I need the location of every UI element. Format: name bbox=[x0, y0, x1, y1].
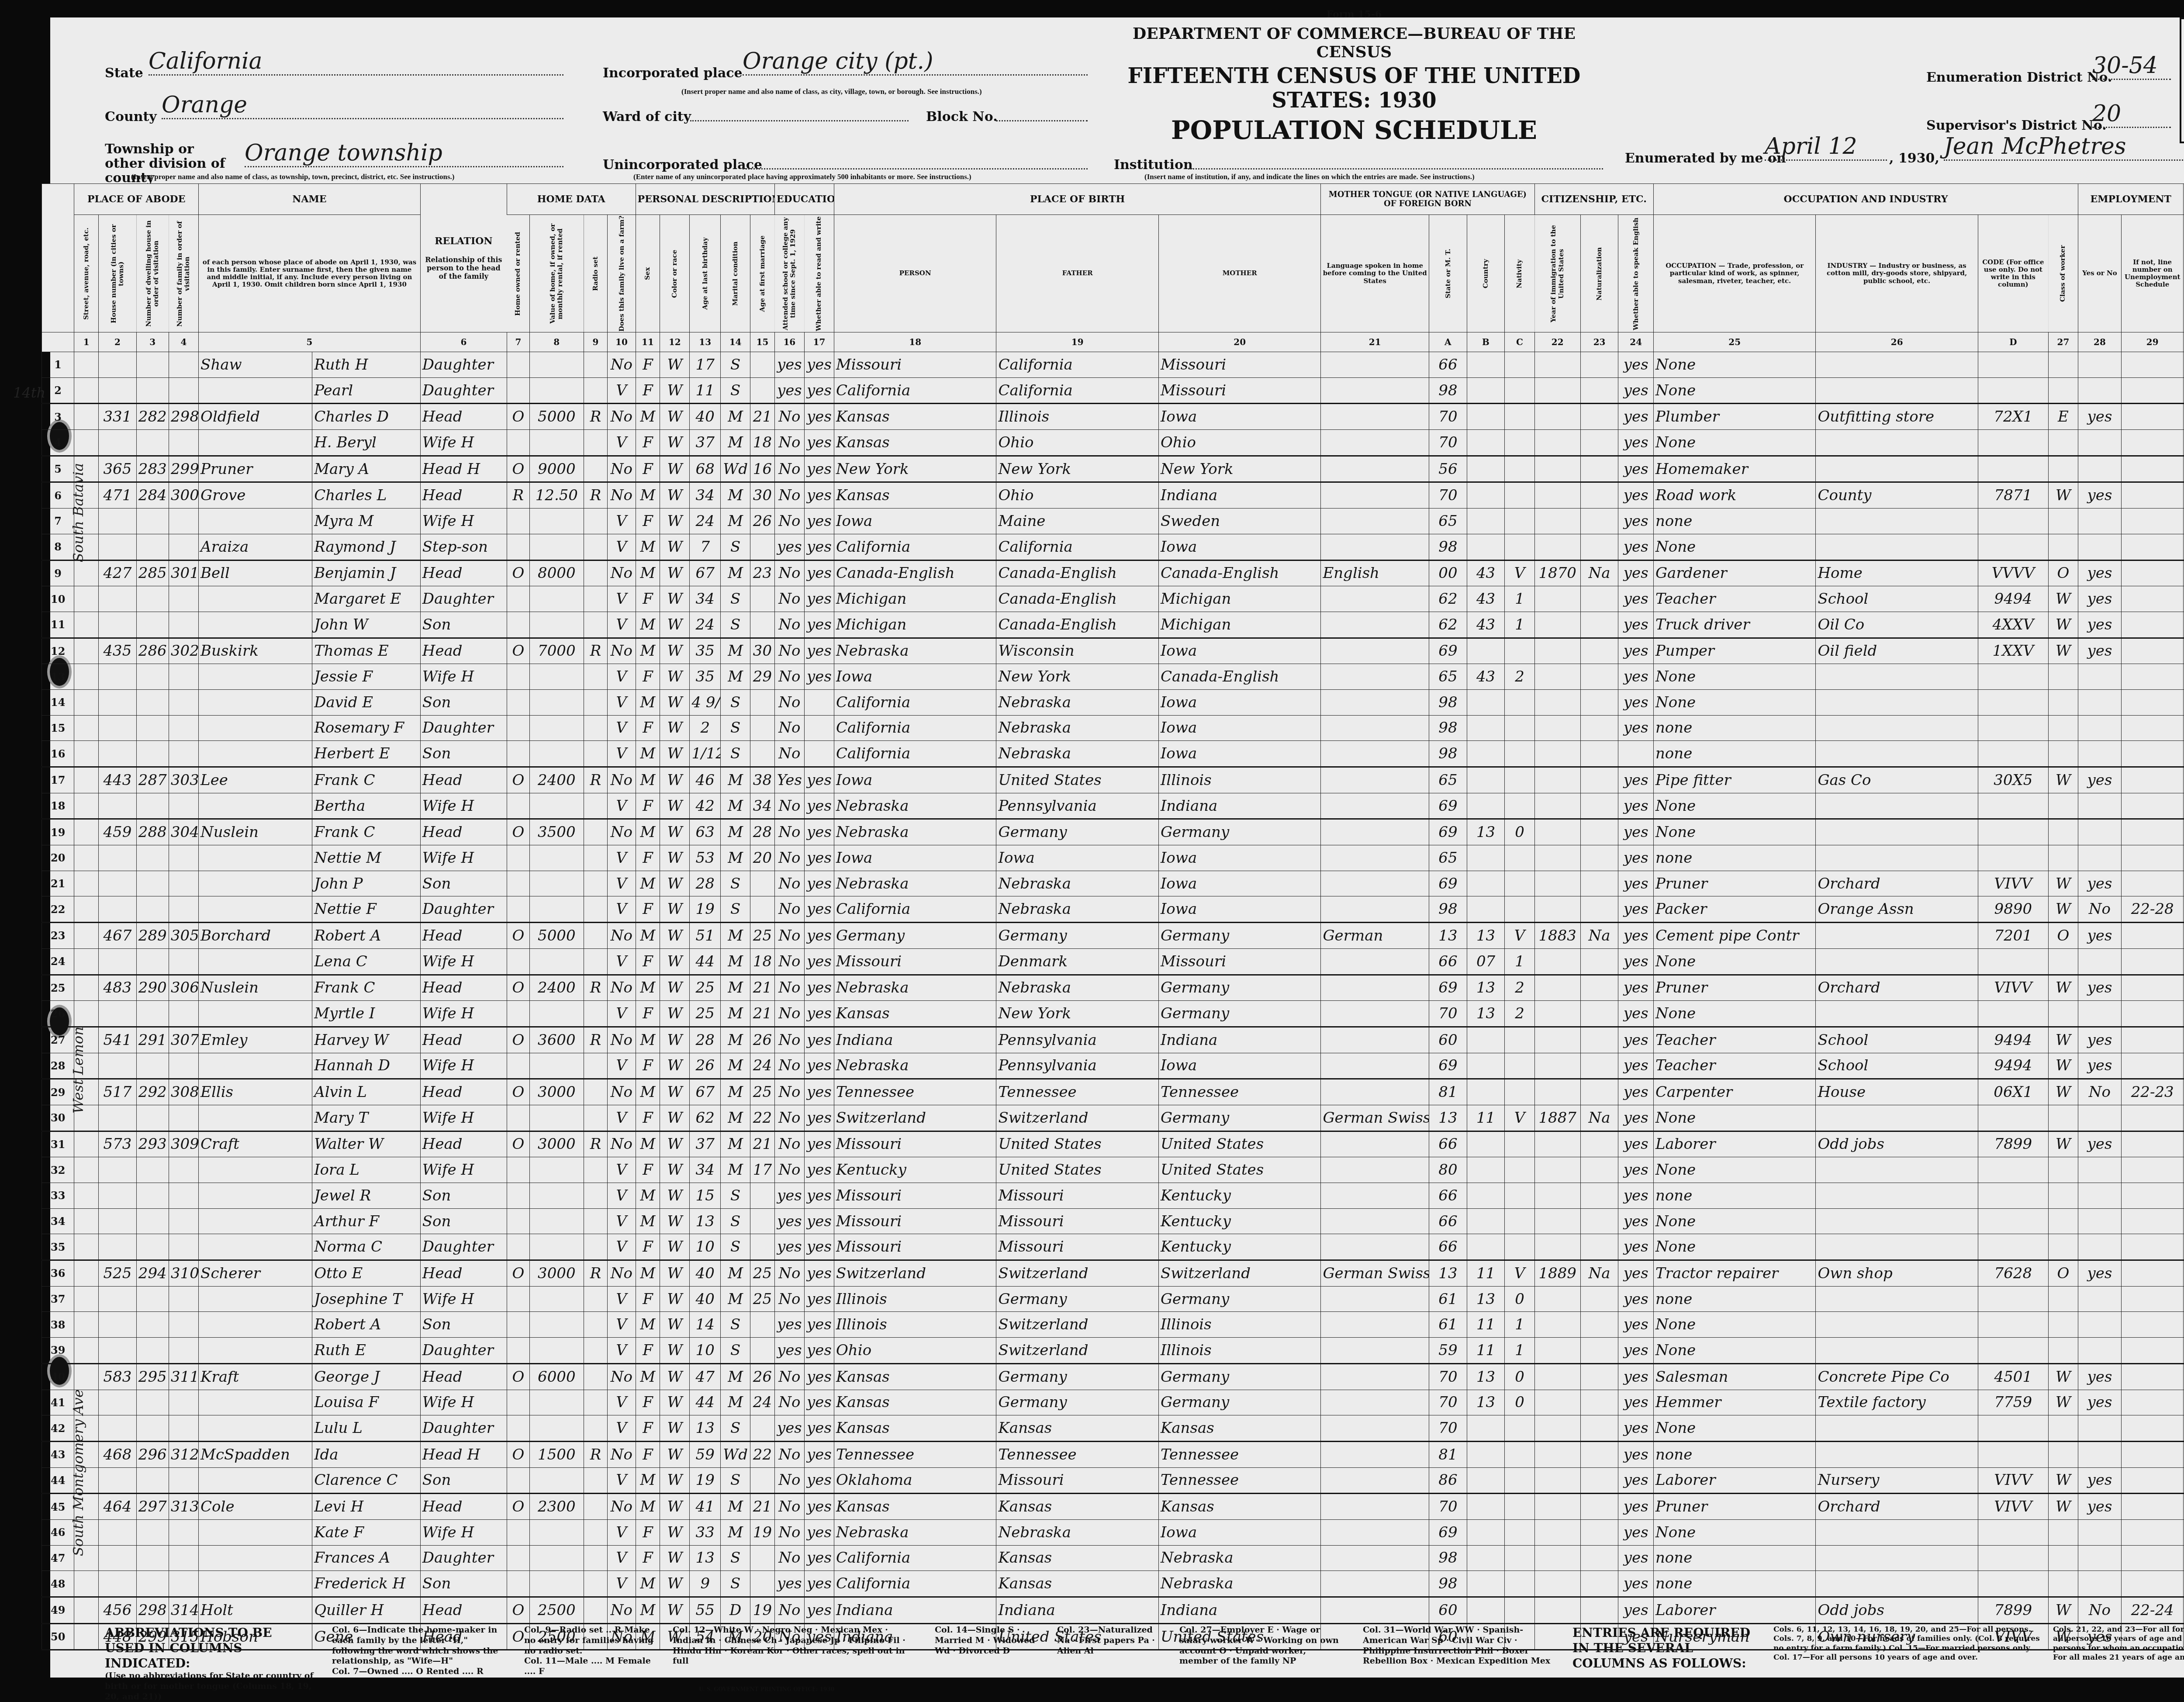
surname-cell bbox=[199, 896, 312, 923]
code-nativity-cell bbox=[1505, 793, 1534, 819]
relation-desc: Relationship of this person to the head … bbox=[422, 256, 505, 280]
sex-cell: F bbox=[636, 793, 660, 819]
given-name-cell: Frederick H bbox=[312, 1571, 421, 1597]
head-radio: Radio set bbox=[584, 215, 607, 332]
line-number: 7 bbox=[42, 509, 74, 534]
surname-cell bbox=[199, 1286, 312, 1312]
home-value-cell: 9000 bbox=[529, 456, 584, 482]
race-cell: W bbox=[660, 1494, 690, 1520]
at-work-cell bbox=[2078, 352, 2121, 378]
family-number-cell: 306 bbox=[169, 975, 198, 1001]
marital-cell: M bbox=[721, 1027, 750, 1053]
radio-cell bbox=[584, 1234, 607, 1260]
mother-birthplace-cell: Germany bbox=[1158, 1105, 1320, 1131]
home-value-cell: 3600 bbox=[529, 1027, 584, 1053]
farm-cell: V bbox=[608, 793, 636, 819]
birthplace-cell: Michigan bbox=[834, 586, 996, 612]
code-country-cell bbox=[1467, 534, 1505, 560]
school-cell: No bbox=[774, 871, 804, 896]
race-cell: W bbox=[660, 560, 690, 586]
school-cell: No bbox=[774, 1157, 804, 1183]
age-cell: 25 bbox=[690, 1001, 721, 1027]
naturalization-cell bbox=[1580, 1519, 1618, 1545]
class-of-worker-cell: W bbox=[2048, 1053, 2078, 1079]
unemployment-line-cell bbox=[2122, 377, 2184, 404]
column-number: 1 bbox=[74, 332, 99, 352]
code-nativity-cell bbox=[1505, 1183, 1534, 1209]
house-number-cell bbox=[99, 1208, 137, 1234]
home-value-cell: 3500 bbox=[529, 819, 584, 845]
column-number: 9 bbox=[584, 332, 607, 352]
table-row: 49456298314HoltQuiller HHeadO2500NoMW55D… bbox=[42, 1597, 2184, 1624]
occupation-cell: Packer bbox=[1653, 896, 1815, 923]
dwelling-number-cell bbox=[136, 509, 169, 534]
marital-cell: S bbox=[721, 1183, 750, 1209]
code-country-cell bbox=[1467, 1441, 1505, 1467]
marital-cell: M bbox=[721, 1001, 750, 1027]
sex-cell: F bbox=[636, 715, 660, 741]
occupation-cell: none bbox=[1653, 741, 1815, 767]
unemployment-line-cell bbox=[2122, 845, 2184, 871]
dwelling-number-cell: 289 bbox=[136, 923, 169, 949]
home-value-cell bbox=[529, 1208, 584, 1234]
home-value-cell: 2500 bbox=[529, 1597, 584, 1624]
mother-tongue-cell bbox=[1321, 430, 1429, 456]
owned-rented-cell bbox=[507, 1234, 529, 1260]
relation-cell: Wife H bbox=[420, 1001, 507, 1027]
owned-rented-cell: O bbox=[507, 767, 529, 793]
code-nativity-cell bbox=[1505, 430, 1534, 456]
code-state-cell: 70 bbox=[1429, 1390, 1467, 1415]
house-number-cell bbox=[99, 1312, 137, 1338]
age-cell: 33 bbox=[690, 1519, 721, 1545]
owned-rented-cell bbox=[507, 1312, 529, 1338]
school-cell: yes bbox=[774, 1415, 804, 1442]
occupation-code-cell: 9890 bbox=[1978, 896, 2048, 923]
house-number-cell bbox=[99, 430, 137, 456]
farm-cell: V bbox=[608, 1390, 636, 1415]
sheet-label: Sheet No. bbox=[2181, 41, 2184, 55]
at-work-cell bbox=[2078, 793, 2121, 819]
immigration-year-cell bbox=[1534, 767, 1580, 793]
father-birthplace-cell: New York bbox=[996, 1001, 1158, 1027]
owned-rented-cell bbox=[507, 430, 529, 456]
immigration-year-cell bbox=[1534, 1286, 1580, 1312]
home-value-cell bbox=[529, 1001, 584, 1027]
school-cell: No bbox=[774, 1597, 804, 1624]
marital-cell: M bbox=[721, 819, 750, 845]
father-birthplace-cell: Denmark bbox=[996, 948, 1158, 975]
street-cell bbox=[74, 1623, 99, 1650]
surname-cell bbox=[199, 1312, 312, 1338]
read-write-cell: yes bbox=[804, 1131, 834, 1157]
marital-cell: M bbox=[721, 948, 750, 975]
sex-cell: M bbox=[636, 534, 660, 560]
read-write-cell: yes bbox=[804, 1415, 834, 1442]
code-state-cell: 98 bbox=[1429, 377, 1467, 404]
naturalization-cell bbox=[1580, 1415, 1618, 1442]
occupation-cell: Teacher bbox=[1653, 586, 1815, 612]
relation-cell: Wife H bbox=[420, 948, 507, 975]
code-nativity-cell bbox=[1505, 1208, 1534, 1234]
occupation-cell: Pruner bbox=[1653, 871, 1815, 896]
birthplace-cell: California bbox=[834, 896, 996, 923]
code-nativity-cell: 2 bbox=[1505, 975, 1534, 1001]
speaks-english-cell: yes bbox=[1618, 1312, 1653, 1338]
home-value-cell bbox=[529, 871, 584, 896]
immigration-year-cell bbox=[1534, 1390, 1580, 1415]
relation-cell: Son bbox=[420, 612, 507, 638]
code-country-cell bbox=[1467, 689, 1505, 715]
table-row: 25483290306NusleinFrank CHeadO2400RNoMW2… bbox=[42, 975, 2184, 1001]
schedule-title: POPULATION SCHEDULE bbox=[1114, 115, 1594, 145]
immigration-year-cell bbox=[1534, 1597, 1580, 1624]
age-cell: 35 bbox=[690, 638, 721, 664]
read-write-cell: yes bbox=[804, 1597, 834, 1624]
mother-birthplace-cell: Kansas bbox=[1158, 1494, 1320, 1520]
farm-cell: V bbox=[608, 1183, 636, 1209]
given-name-cell: Hannah D bbox=[312, 1053, 421, 1079]
line-number: 43 bbox=[42, 1441, 74, 1467]
immigration-year-cell: 1870 bbox=[1534, 560, 1580, 586]
farm-cell: No bbox=[608, 1597, 636, 1624]
unemployment-line-cell bbox=[2122, 1467, 2184, 1494]
naturalization-cell bbox=[1580, 1467, 1618, 1494]
sex-cell: F bbox=[636, 1053, 660, 1079]
read-write-cell: yes bbox=[804, 482, 834, 509]
house-number-cell: 471 bbox=[99, 482, 137, 509]
age-cell: 47 bbox=[690, 1363, 721, 1390]
age-marriage-cell: 18 bbox=[750, 430, 775, 456]
mother-tongue-cell bbox=[1321, 638, 1429, 664]
radio-cell bbox=[584, 430, 607, 456]
age-marriage-cell: 26 bbox=[750, 1027, 775, 1053]
mother-birthplace-cell: Illinois bbox=[1158, 1338, 1320, 1364]
race-cell: W bbox=[660, 1234, 690, 1260]
head-read-write: Whether able to read and write bbox=[804, 215, 834, 332]
block-value bbox=[996, 98, 1088, 121]
speaks-english-cell: yes bbox=[1618, 404, 1653, 430]
farm-cell: V bbox=[608, 1208, 636, 1234]
farm-cell: No bbox=[608, 767, 636, 793]
surname-cell bbox=[199, 430, 312, 456]
farm-cell: No bbox=[608, 560, 636, 586]
unemployment-line-cell bbox=[2122, 793, 2184, 819]
given-name-cell: Josephine T bbox=[312, 1286, 421, 1312]
speaks-english-cell: yes bbox=[1618, 715, 1653, 741]
surname-cell: Grove bbox=[199, 482, 312, 509]
head-code-nativity: Nativity bbox=[1505, 215, 1534, 332]
at-work-cell bbox=[2078, 430, 2121, 456]
sex-cell: M bbox=[636, 1079, 660, 1105]
class-of-worker-cell: W bbox=[2048, 586, 2078, 612]
given-name-cell: Otto E bbox=[312, 1260, 421, 1287]
read-write-cell bbox=[804, 715, 834, 741]
speaks-english-cell: yes bbox=[1618, 896, 1653, 923]
father-birthplace-cell: Tennessee bbox=[996, 1441, 1158, 1467]
at-work-cell: yes bbox=[2078, 1027, 2121, 1053]
father-birthplace-cell: Switzerland bbox=[996, 1312, 1158, 1338]
table-row: 34Arthur FSonVMW13SyesyesMissouriMissour… bbox=[42, 1208, 2184, 1234]
school-cell: No bbox=[774, 1441, 804, 1467]
at-work-cell: yes bbox=[2078, 767, 2121, 793]
mother-tongue-cell bbox=[1321, 1415, 1429, 1442]
industry-cell: Own shop bbox=[1816, 1260, 1978, 1287]
code-state-cell: 98 bbox=[1429, 689, 1467, 715]
speaks-english-cell: yes bbox=[1618, 509, 1653, 534]
radio-cell bbox=[584, 612, 607, 638]
read-write-cell: yes bbox=[804, 923, 834, 949]
school-cell: yes bbox=[774, 1183, 804, 1209]
given-name-cell: Louisa F bbox=[312, 1390, 421, 1415]
speaks-english-cell: yes bbox=[1618, 1571, 1653, 1597]
table-body: 1ShawRuth HDaughterNoFW17SyesyesMissouri… bbox=[42, 352, 2184, 1650]
street-cell bbox=[74, 1001, 99, 1027]
abbrev-col11: Col. 11—Male .... M Female .... F bbox=[524, 1656, 655, 1677]
code-state-cell: 98 bbox=[1429, 741, 1467, 767]
column-number: 7 bbox=[507, 332, 529, 352]
unemployment-line-cell bbox=[2122, 586, 2184, 612]
naturalization-cell: Na bbox=[1580, 560, 1618, 586]
speaks-english-cell: yes bbox=[1618, 948, 1653, 975]
table-row: 26Myrtle IWife HVFW25M21NoyesKansasNew Y… bbox=[42, 1001, 2184, 1027]
radio-cell bbox=[584, 1390, 607, 1415]
speaks-english-cell: yes bbox=[1618, 1208, 1653, 1234]
age-marriage-cell: 22 bbox=[750, 1105, 775, 1131]
race-cell: W bbox=[660, 1467, 690, 1494]
code-country-cell bbox=[1467, 793, 1505, 819]
surname-cell: Bell bbox=[199, 560, 312, 586]
unemployment-line-cell bbox=[2122, 1545, 2184, 1571]
home-value-cell: 7000 bbox=[529, 638, 584, 664]
age-cell: 67 bbox=[690, 560, 721, 586]
at-work-cell bbox=[2078, 819, 2121, 845]
column-number: 26 bbox=[1816, 332, 1978, 352]
marital-cell: D bbox=[721, 1597, 750, 1624]
column-number: 27 bbox=[2048, 332, 2078, 352]
given-name-cell: Charles D bbox=[312, 404, 421, 430]
marital-cell: M bbox=[721, 1079, 750, 1105]
relation-cell: Daughter bbox=[420, 1234, 507, 1260]
father-birthplace-cell: Kansas bbox=[996, 1415, 1158, 1442]
line-number: 3 bbox=[42, 404, 74, 430]
family-number-cell: 299 bbox=[169, 456, 198, 482]
dwelling-number-cell bbox=[136, 1338, 169, 1364]
house-number-cell bbox=[99, 871, 137, 896]
code-state-cell: 59 bbox=[1429, 1338, 1467, 1364]
read-write-cell: yes bbox=[804, 404, 834, 430]
table-row: 5365283299PrunerMary AHead HO9000NoFW68W… bbox=[42, 456, 2184, 482]
relation-cell: Wife H bbox=[420, 1157, 507, 1183]
code-state-cell: 70 bbox=[1429, 1494, 1467, 1520]
line-number: 38 bbox=[42, 1312, 74, 1338]
given-name-cell: Ruth E bbox=[312, 1338, 421, 1364]
mother-tongue-cell bbox=[1321, 377, 1429, 404]
surname-cell: Emley bbox=[199, 1027, 312, 1053]
head-occupation: OCCUPATION — Trade, profession, or parti… bbox=[1653, 215, 1815, 332]
line-number: 34 bbox=[42, 1208, 74, 1234]
line-number: 45 bbox=[42, 1494, 74, 1520]
birthplace-cell: Kansas bbox=[834, 1390, 996, 1415]
line-number: 42 bbox=[42, 1415, 74, 1442]
class-of-worker-cell bbox=[2048, 948, 2078, 975]
line-number: 46 bbox=[42, 1519, 74, 1545]
marital-cell: S bbox=[721, 352, 750, 378]
speaks-english-cell: yes bbox=[1618, 1441, 1653, 1467]
class-of-worker-cell bbox=[2048, 1105, 2078, 1131]
read-write-cell: yes bbox=[804, 1105, 834, 1131]
industry-cell bbox=[1816, 1157, 1978, 1183]
school-cell: No bbox=[774, 560, 804, 586]
immigration-year-cell: 1887 bbox=[1534, 1105, 1580, 1131]
occupation-cell: Teacher bbox=[1653, 1053, 1815, 1079]
class-of-worker-cell bbox=[2048, 845, 2078, 871]
class-of-worker-cell bbox=[2048, 377, 2078, 404]
owned-rented-cell: O bbox=[507, 923, 529, 949]
family-number-cell bbox=[169, 1157, 198, 1183]
enumerated-year: , 1930, bbox=[1889, 151, 1939, 166]
surname-cell: Borchard bbox=[199, 923, 312, 949]
occupation-code-cell bbox=[1978, 741, 2048, 767]
surname-cell bbox=[199, 948, 312, 975]
class-of-worker-cell bbox=[2048, 430, 2078, 456]
code-state-cell: 70 bbox=[1429, 1415, 1467, 1442]
table-row: 3331282298OldfieldCharles DHeadO5000RNoM… bbox=[42, 404, 2184, 430]
surname-cell bbox=[199, 664, 312, 690]
head-occ-code: CODE (For office use only. Do not write … bbox=[1978, 215, 2048, 332]
owned-rented-cell: O bbox=[507, 456, 529, 482]
dwelling-number-cell: 295 bbox=[136, 1363, 169, 1390]
code-country-cell bbox=[1467, 1545, 1505, 1571]
birthplace-cell: Canada-English bbox=[834, 560, 996, 586]
at-work-cell bbox=[2078, 741, 2121, 767]
farm-cell: V bbox=[608, 896, 636, 923]
mother-tongue-cell bbox=[1321, 767, 1429, 793]
table-row: 27541291307EmleyHarvey WHeadO3600RNoMW28… bbox=[42, 1027, 2184, 1053]
dwelling-number-cell: 298 bbox=[136, 1597, 169, 1624]
code-nativity-cell: 1 bbox=[1505, 1338, 1534, 1364]
industry-cell bbox=[1816, 1183, 1978, 1209]
speaks-english-cell: yes bbox=[1618, 377, 1653, 404]
radio-cell bbox=[584, 923, 607, 949]
school-cell: No bbox=[774, 948, 804, 975]
age-cell: 55 bbox=[690, 1597, 721, 1624]
code-state-cell: 69 bbox=[1429, 1053, 1467, 1079]
occupation-code-cell bbox=[1978, 1571, 2048, 1597]
code-country-cell bbox=[1467, 509, 1505, 534]
mother-birthplace-cell: Kansas bbox=[1158, 1415, 1320, 1442]
read-write-cell: yes bbox=[804, 767, 834, 793]
occupation-cell: None bbox=[1653, 534, 1815, 560]
head-race: Color or race bbox=[660, 215, 690, 332]
immigration-year-cell bbox=[1534, 352, 1580, 378]
marital-cell: M bbox=[721, 1157, 750, 1183]
owned-rented-cell bbox=[507, 715, 529, 741]
radio-cell bbox=[584, 1494, 607, 1520]
father-birthplace-cell: Kansas bbox=[996, 1571, 1158, 1597]
speaks-english-cell: yes bbox=[1618, 612, 1653, 638]
farm-cell: V bbox=[608, 948, 636, 975]
surname-cell bbox=[199, 586, 312, 612]
house-number-cell: 427 bbox=[99, 560, 137, 586]
code-state-cell: 56 bbox=[1429, 456, 1467, 482]
owned-rented-cell bbox=[507, 509, 529, 534]
father-birthplace-cell: Germany bbox=[996, 819, 1158, 845]
margin-street-a: South Batavia bbox=[70, 463, 86, 562]
code-state-cell: 66 bbox=[1429, 1208, 1467, 1234]
occupation-cell: none bbox=[1653, 1286, 1815, 1312]
code-nativity-cell bbox=[1505, 1053, 1534, 1079]
table-row: 30Mary TWife HVFW62M22NoyesSwitzerlandSw… bbox=[42, 1105, 2184, 1131]
farm-cell: V bbox=[608, 534, 636, 560]
radio-cell bbox=[584, 1415, 607, 1442]
birthplace-cell: Iowa bbox=[834, 767, 996, 793]
street-cell bbox=[74, 923, 99, 949]
mother-tongue-cell bbox=[1321, 509, 1429, 534]
industry-cell: Orange Assn bbox=[1816, 896, 1978, 923]
home-value-cell bbox=[529, 896, 584, 923]
radio-cell bbox=[584, 819, 607, 845]
column-number: 17 bbox=[804, 332, 834, 352]
street-cell bbox=[74, 1234, 99, 1260]
age-cell: 11 bbox=[690, 377, 721, 404]
family-number-cell: 314 bbox=[169, 1597, 198, 1624]
age-marriage-cell bbox=[750, 586, 775, 612]
sex-cell: M bbox=[636, 1494, 660, 1520]
class-of-worker-cell: W bbox=[2048, 1027, 2078, 1053]
house-number-cell: 573 bbox=[99, 1131, 137, 1157]
surname-cell: Pruner bbox=[199, 456, 312, 482]
speaks-english-cell: yes bbox=[1618, 1545, 1653, 1571]
code-state-cell: 61 bbox=[1429, 1286, 1467, 1312]
unemployment-line-cell bbox=[2122, 664, 2184, 690]
age-marriage-cell bbox=[750, 689, 775, 715]
code-nativity-cell bbox=[1505, 509, 1534, 534]
dwelling-number-cell bbox=[136, 1157, 169, 1183]
state-value: California bbox=[149, 48, 563, 76]
home-value-cell bbox=[529, 689, 584, 715]
farm-cell: V bbox=[608, 1234, 636, 1260]
speaks-english-cell: yes bbox=[1618, 1183, 1653, 1209]
line-number: 12 bbox=[42, 638, 74, 664]
mother-birthplace-cell: Germany bbox=[1158, 1390, 1320, 1415]
code-country-cell bbox=[1467, 1053, 1505, 1079]
family-number-cell bbox=[169, 1286, 198, 1312]
industry-cell bbox=[1816, 1545, 1978, 1571]
naturalization-cell bbox=[1580, 871, 1618, 896]
surname-cell bbox=[199, 1390, 312, 1415]
dwelling-number-cell bbox=[136, 871, 169, 896]
unemployment-line-cell bbox=[2122, 741, 2184, 767]
table-row: 29517292308EllisAlvin LHeadO3000NoMW67M2… bbox=[42, 1079, 2184, 1105]
dwelling-number-cell bbox=[136, 1053, 169, 1079]
age-marriage-cell: 17 bbox=[750, 1157, 775, 1183]
speaks-english-cell: yes bbox=[1618, 689, 1653, 715]
dwelling-number-cell bbox=[136, 1390, 169, 1415]
industry-cell bbox=[1816, 1338, 1978, 1364]
age-cell: 14 bbox=[690, 1312, 721, 1338]
sex-cell: M bbox=[636, 1467, 660, 1494]
marital-cell: M bbox=[721, 923, 750, 949]
read-write-cell: yes bbox=[804, 1001, 834, 1027]
school-cell: yes bbox=[774, 1234, 804, 1260]
race-cell: W bbox=[660, 1441, 690, 1467]
code-state-cell: 66 bbox=[1429, 1234, 1467, 1260]
mother-birthplace-cell: Indiana bbox=[1158, 793, 1320, 819]
table-row: 18BerthaWife HVFW42M34NoyesNebraskaPenns… bbox=[42, 793, 2184, 819]
county-label: County bbox=[105, 109, 157, 125]
age-marriage-cell: 21 bbox=[750, 1494, 775, 1520]
